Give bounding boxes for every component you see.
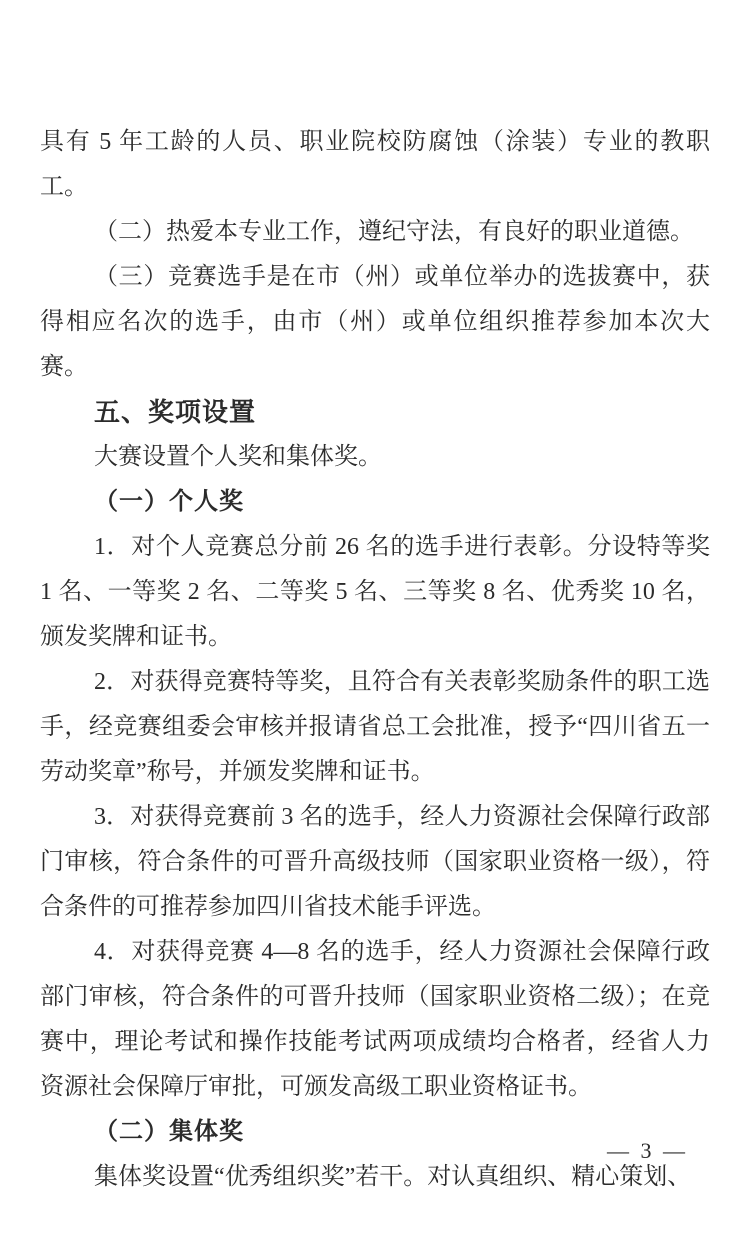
paragraph-condition-2: （二）热爱本专业工作，遵纪守法，有良好的职业道德。 — [40, 210, 710, 255]
page-number: — 3 — — [607, 1136, 688, 1166]
document-body: 具有 5 年工龄的人员、职业院校防腐蚀（涂装）专业的教职工。 （二）热爱本专业工… — [0, 0, 750, 1200]
document-page: 具有 5 年工龄的人员、职业院校防腐蚀（涂装）专业的教职工。 （二）热爱本专业工… — [0, 0, 750, 1256]
paragraph-eligibility-continuation: 具有 5 年工龄的人员、职业院校防腐蚀（涂装）专业的教职工。 — [40, 120, 710, 210]
paragraph-individual-item-3: 3．对获得竞赛前 3 名的选手，经人力资源社会保障行政部门审核，符合条件的可晋升… — [40, 795, 710, 930]
paragraph-condition-3: （三）竞赛选手是在市（州）或单位举办的选拔赛中，获得相应名次的选手，由市（州）或… — [40, 255, 710, 390]
section-heading-awards: 五、奖项设置 — [40, 390, 710, 435]
subsection-heading-individual-award: （一）个人奖 — [40, 480, 710, 525]
paragraph-individual-item-1: 1．对个人竞赛总分前 26 名的选手进行表彰。分设特等奖 1 名、一等奖 2 名… — [40, 525, 710, 660]
paragraph-awards-intro: 大赛设置个人奖和集体奖。 — [40, 435, 710, 480]
paragraph-individual-item-4: 4．对获得竞赛 4—8 名的选手，经人力资源社会保障行政部门审核，符合条件的可晋… — [40, 930, 710, 1110]
paragraph-individual-item-2: 2．对获得竞赛特等奖，且符合有关表彰奖励条件的职工选手，经竞赛组委会审核并报请省… — [40, 660, 710, 795]
